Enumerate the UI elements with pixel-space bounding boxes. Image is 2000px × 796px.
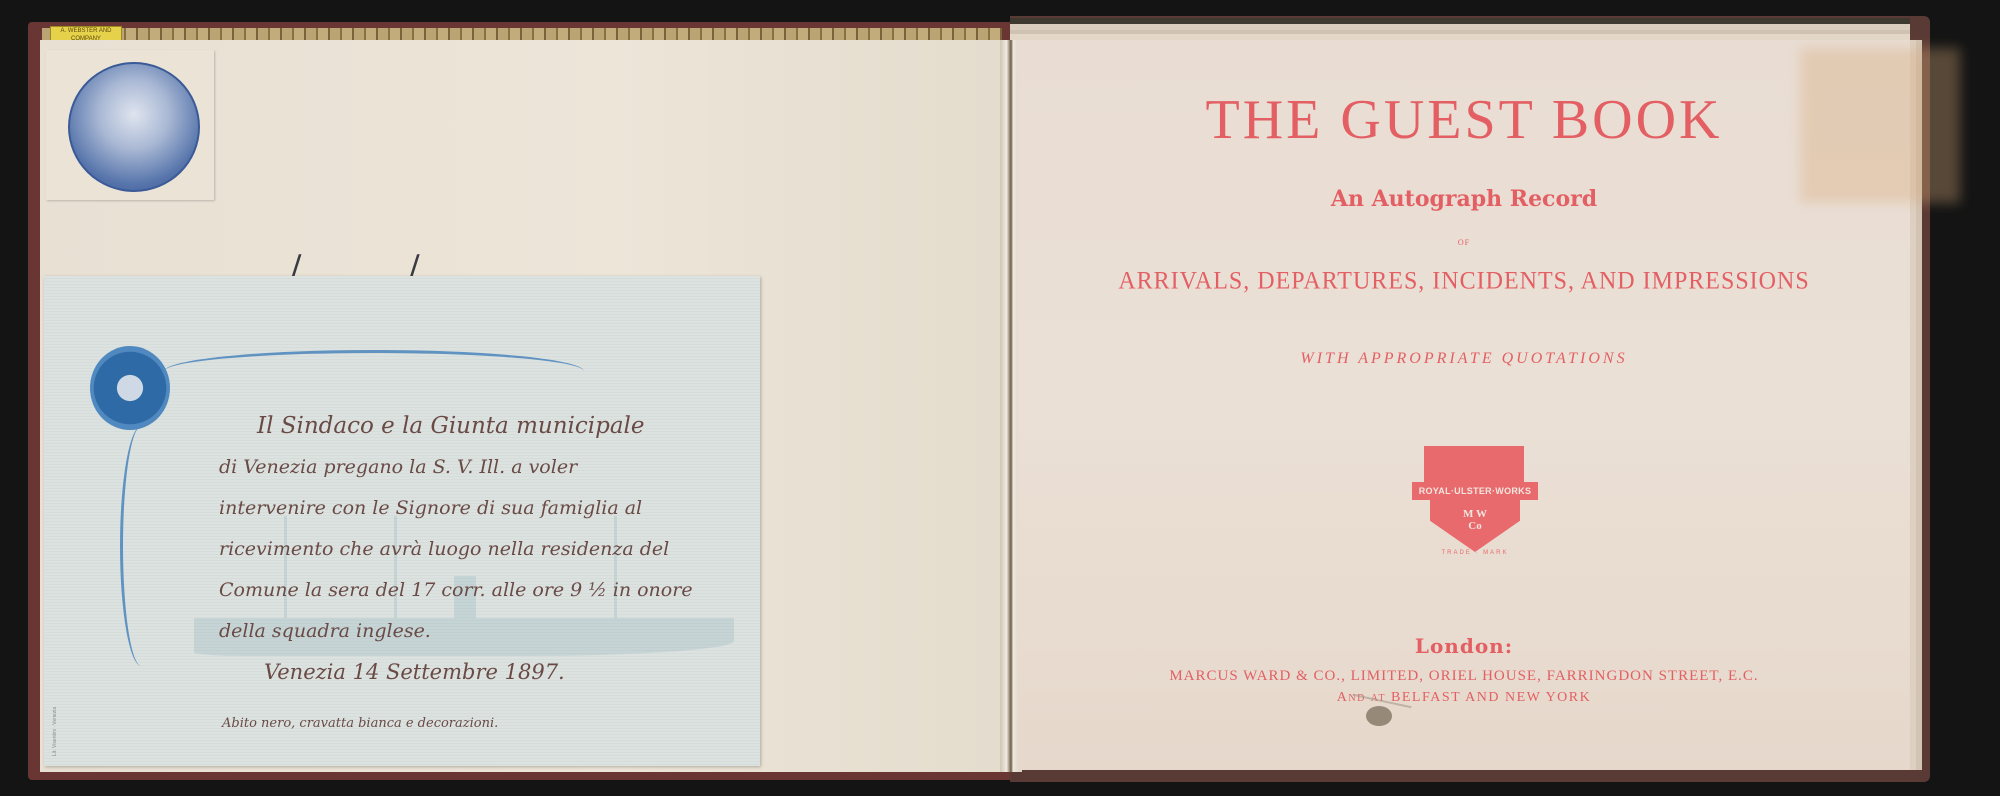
venice-crest-icon xyxy=(90,346,170,430)
invitation-card: Il Sindaco e la Giunta municipale di Ven… xyxy=(44,276,760,766)
title-connector: OF xyxy=(1018,238,1910,247)
invitation-date: Venezia 14 Settembre 1897. xyxy=(264,660,565,684)
invitation-text: Il Sindaco e la Giunta municipale di Ven… xyxy=(219,406,729,652)
crown-icon xyxy=(1424,446,1524,482)
invitation-line: Il Sindaco e la Giunta municipale xyxy=(219,406,729,447)
invitation-line: della squadra inglese. xyxy=(219,611,729,652)
medallion-card xyxy=(46,50,214,200)
royal-ulster-works-trademark-icon: ROYAL·ULSTER·WORKS M W Co TRADE · MARK xyxy=(1412,446,1538,564)
invitation-line: di Venezia pregano la S. V. Ill. a voler xyxy=(219,447,729,488)
quotations-line: WITH APPROPRIATE QUOTATIONS xyxy=(1018,350,1910,368)
book-title: THE GUEST BOOK xyxy=(1018,88,1910,152)
invitation-line: Comune la sera del 17 corr. alle ore 9 ½… xyxy=(219,570,729,611)
book-contents-line: ARRIVALS, DEPARTURES, INCIDENTS, AND IMP… xyxy=(1018,267,1910,295)
ink-blot xyxy=(1366,706,1392,726)
winged-lion-medallion-icon xyxy=(68,62,200,192)
trademark-label: TRADE · MARK xyxy=(1434,550,1516,556)
book-subtitle: An Autograph Record xyxy=(1018,186,1910,212)
printer-mark: Lit. Visentini · Venezia xyxy=(52,696,62,756)
dress-code: Abito nero, cravatta bianca e decorazion… xyxy=(222,716,498,731)
invitation-line: ricevimento che avrà luogo nella residen… xyxy=(219,529,729,570)
publisher-branches: And at BELFAST AND NEW YORK xyxy=(1018,690,1910,706)
page-edges xyxy=(1010,18,1910,42)
handwritten-pen-marks: / / / ^ xyxy=(290,248,550,278)
floral-flourish-icon xyxy=(120,426,163,666)
publisher-line: MARCUS WARD & CO., LIMITED, ORIEL HOUSE,… xyxy=(1018,668,1910,685)
imprint-city: London: xyxy=(1018,634,1910,658)
trademark-initials: M W Co xyxy=(1444,508,1506,532)
floral-flourish-icon xyxy=(164,350,584,393)
trademark-banner: ROYAL·ULSTER·WORKS xyxy=(1412,482,1538,500)
invitation-line: intervenire con le Signore di sua famigl… xyxy=(219,488,729,529)
